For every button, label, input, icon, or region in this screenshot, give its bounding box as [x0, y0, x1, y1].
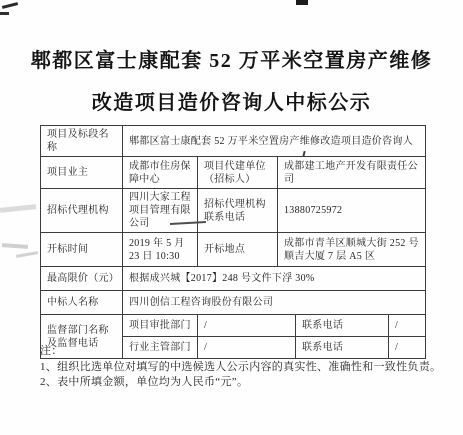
project-name-value: 郫都区富士康配套 52 万平米空置房产维修改造项目造价咨询人	[123, 126, 426, 157]
max-price-label: 最高限价（元）	[41, 267, 123, 291]
announcement-table: 项目及标段名称 郫都区富士康配套 52 万平米空置房产维修改造项目造价咨询人 项…	[40, 125, 426, 359]
construction-agent-label: 项目代建单位（招标人）	[198, 157, 278, 189]
table-row: 招标代理机构 四川大家工程项目管理有限公司 招标代理机构联系电话 1388072…	[41, 189, 426, 233]
notes-section: 注： 1、组织比选单位对填写的中选候选人公示内容的真实性、准确性和一致性负责。 …	[40, 344, 443, 391]
table-row: 中标人名称 四川创信工程咨询股份有限公司	[41, 291, 426, 315]
bid-opening-time-label: 开标时间	[41, 233, 123, 267]
winning-bidder-label: 中标人名称	[41, 291, 123, 315]
bid-opening-place-label: 开标地点	[198, 233, 278, 267]
table-row: 项目及标段名称 郫都区富士康配套 52 万平米空置房产维修改造项目造价咨询人	[41, 126, 426, 157]
table-row: 开标时间 2019 年 5 月 23 日 10:30 开标地点 成都市青羊区顺城…	[41, 233, 426, 267]
bidding-agency-label: 招标代理机构	[41, 189, 123, 233]
document-title-line2: 改造项目造价咨询人中标公示	[0, 82, 463, 124]
document-title-line1: 郫都区富士康配套 52 万平米空置房产维修	[0, 40, 463, 82]
scan-artifact	[2, 2, 18, 9]
max-price-value: 根据成兴城【2017】248 号文件下浮 30%	[123, 267, 426, 291]
approval-dept-value: /	[198, 315, 296, 337]
notes-heading: 注：	[40, 344, 443, 360]
scan-artifact	[0, 12, 9, 15]
bid-opening-time-value: 2019 年 5 月 23 日 10:30	[123, 233, 198, 267]
scan-artifact	[296, 0, 308, 5]
agency-phone-value: 13880725972	[278, 189, 426, 233]
bid-opening-place-value: 成都市青羊区顺城大街 252 号顺吉大厦 7 层 A5 区	[278, 233, 426, 267]
agency-phone-label: 招标代理机构联系电话	[198, 189, 278, 233]
winning-bidder-value: 四川创信工程咨询股份有限公司	[123, 291, 426, 315]
scan-artifact	[0, 204, 36, 213]
approval-phone-value: /	[389, 315, 426, 337]
project-owner-label: 项目业主	[41, 157, 123, 189]
construction-agent-value: 成都建工地产开发有限责任公司	[278, 157, 426, 189]
approval-dept-label: 项目审批部门	[123, 315, 198, 337]
scan-artifact	[16, 251, 38, 258]
document-title: 郫都区富士康配套 52 万平米空置房产维修 改造项目造价咨询人中标公示	[0, 40, 463, 124]
approval-phone-label: 联系电话	[296, 315, 389, 337]
project-owner-value: 成都市住房保障中心	[123, 157, 198, 189]
bidding-agency-value: 四川大家工程项目管理有限公司	[123, 189, 198, 233]
note-item-1: 1、组织比选单位对填写的中选候选人公示内容的真实性、准确性和一致性负责。	[40, 360, 443, 376]
project-name-label: 项目及标段名称	[41, 126, 123, 157]
scanned-document-page: 郫都区富士康配套 52 万平米空置房产维修 改造项目造价咨询人中标公示 项目及标…	[0, 0, 463, 435]
table-row: 项目业主 成都市住房保障中心 项目代建单位（招标人） 成都建工地产开发有限责任公…	[41, 157, 426, 189]
note-item-2: 2、表中所填金额，单位均为人民币“元”。	[40, 375, 443, 391]
scan-artifact	[2, 243, 28, 249]
table-row: 监督部门名称及监督电话 项目审批部门 / 联系电话 /	[41, 315, 426, 337]
table-row: 最高限价（元） 根据成兴城【2017】248 号文件下浮 30%	[41, 267, 426, 291]
